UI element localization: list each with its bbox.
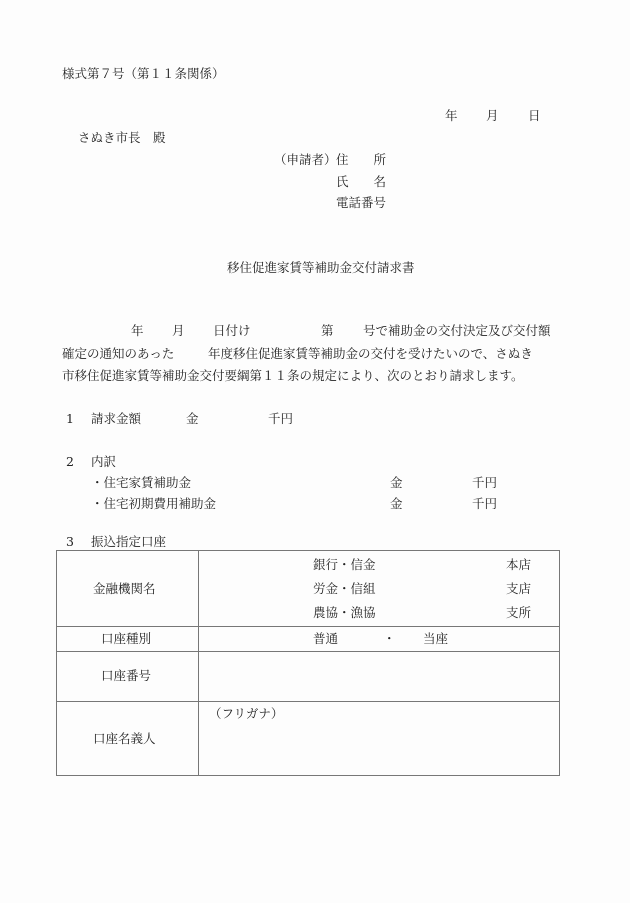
body-dated: 日付け bbox=[213, 323, 251, 339]
section3-label: 振込指定口座 bbox=[91, 534, 166, 550]
body-line2-start: 確定の通知のあった bbox=[62, 346, 174, 362]
branch-type-option[interactable]: 本店 bbox=[506, 557, 531, 573]
table-row-divider bbox=[57, 626, 559, 627]
body-year: 年 bbox=[131, 323, 144, 339]
branch-type-option[interactable]: 支店 bbox=[506, 581, 531, 597]
body-line3: 市移住促進家賃等補助金交付要綱第１１条の規定により、次のとおり請求します。 bbox=[62, 368, 524, 384]
body-number-prefix: 第 bbox=[321, 323, 334, 339]
breakdown-rent-kin: 金 bbox=[390, 475, 403, 491]
date-month: 月 bbox=[486, 108, 499, 124]
section2-num: 2 bbox=[66, 454, 74, 470]
breakdown-initial-label: ・住宅初期費用補助金 bbox=[91, 496, 216, 512]
account-number-label: 口座番号 bbox=[101, 668, 151, 684]
date-day: 日 bbox=[528, 108, 541, 124]
account-holder-label: 口座名義人 bbox=[93, 731, 156, 747]
addressee: さぬき市長 殿 bbox=[78, 130, 166, 146]
section1-num: 1 bbox=[66, 411, 74, 427]
bank-type-option[interactable]: 銀行・信金 bbox=[313, 557, 376, 573]
account-type-label: 口座種別 bbox=[101, 631, 151, 647]
breakdown-initial-unit: 千円 bbox=[472, 496, 497, 512]
account-type-ordinary[interactable]: 普通 bbox=[313, 631, 338, 647]
furigana-label: （フリガナ） bbox=[209, 706, 283, 722]
document-title: 移住促進家賃等補助金交付請求書 bbox=[227, 260, 415, 276]
section2-label: 内訳 bbox=[91, 454, 116, 470]
applicant-label: （申請者） bbox=[274, 152, 337, 168]
account-type-current[interactable]: 当座 bbox=[423, 631, 448, 647]
bank-type-option[interactable]: 農協・漁協 bbox=[313, 605, 376, 621]
account-number-field[interactable] bbox=[199, 652, 559, 701]
phone-label: 電話番号 bbox=[336, 195, 386, 211]
body-line2-rest: 年度移住促進家賃等補助金の交付を受けたいので、さぬき bbox=[208, 346, 533, 362]
body-line1-rest: 号で補助金の交付決定及び交付額 bbox=[363, 323, 551, 339]
date-year: 年 bbox=[445, 108, 458, 124]
breakdown-rent-label: ・住宅家賃補助金 bbox=[91, 475, 191, 491]
account-holder-field[interactable] bbox=[199, 723, 559, 775]
breakdown-initial-kin: 金 bbox=[390, 496, 403, 512]
section3-num: 3 bbox=[66, 534, 74, 550]
branch-type-option[interactable]: 支所 bbox=[506, 605, 531, 621]
section1-unit: 千円 bbox=[268, 411, 293, 427]
bank-type-option[interactable]: 労金・信組 bbox=[313, 581, 376, 597]
table-row-divider bbox=[57, 701, 559, 702]
section1-label: 請求金額 bbox=[91, 411, 141, 427]
address-label: 住 所 bbox=[336, 152, 386, 168]
section1-kin: 金 bbox=[186, 411, 199, 427]
form-number: 様式第７号（第１１条関係） bbox=[62, 66, 225, 82]
body-month: 月 bbox=[172, 323, 185, 339]
breakdown-rent-unit: 千円 bbox=[472, 475, 497, 491]
name-label: 氏 名 bbox=[336, 174, 386, 190]
bank-account-table: 金融機関名 銀行・信金 労金・信組 農協・漁協 本店 支店 支所 口座種別 普通… bbox=[56, 550, 560, 776]
account-type-separator: ・ bbox=[383, 631, 396, 647]
bank-name-label: 金融機関名 bbox=[93, 581, 156, 597]
